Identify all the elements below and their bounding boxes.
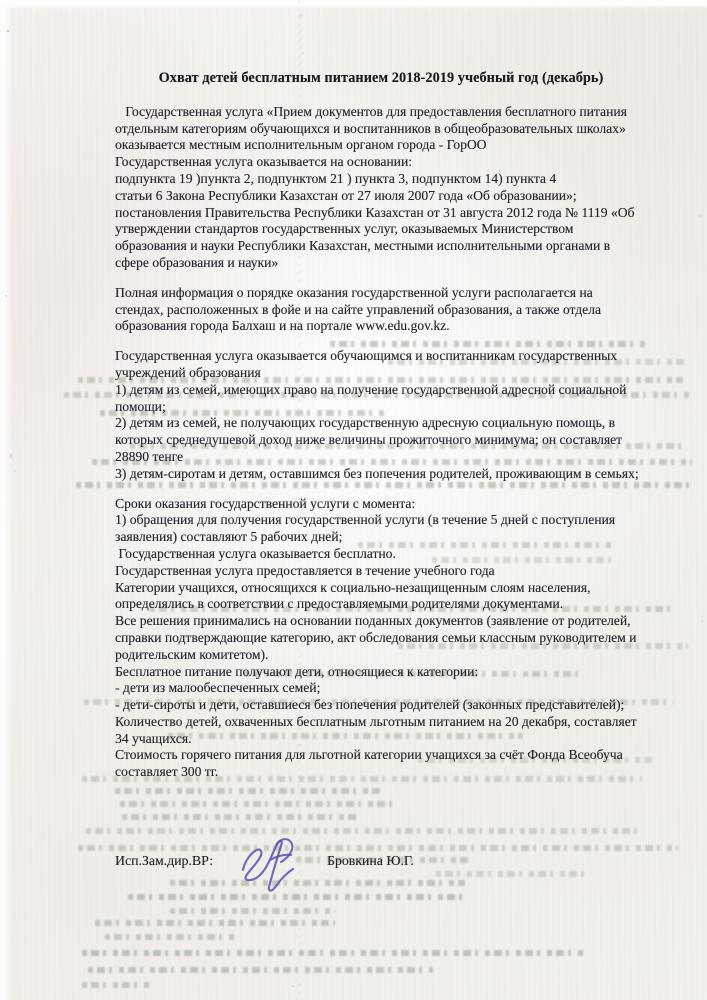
paragraph: Полная информация о порядке оказания гос… xyxy=(115,285,707,335)
bleed-through-line xyxy=(436,871,586,877)
signer-name: Бровкина Ю.Г. xyxy=(327,852,414,869)
document-title: Охват детей бесплатным питанием 2018-201… xyxy=(115,70,647,87)
signature-block: Исп.Зам.дир.ВР: Бровкина Ю.Г. xyxy=(115,852,414,869)
paragraph: постановления Правительства Республики К… xyxy=(115,205,707,272)
bleed-through-line xyxy=(95,920,335,926)
bleed-through-line xyxy=(170,908,335,914)
paragraph: Количество детей, охваченных бесплатным … xyxy=(115,714,707,748)
paragraph: Государственная услуга предоставляется в… xyxy=(115,563,707,580)
bleed-through-line xyxy=(82,950,587,956)
paragraph: Сроки оказания государственной услуги с … xyxy=(115,496,707,513)
paragraph: Государственная услуга оказывается обуча… xyxy=(115,348,707,382)
bleed-through-line xyxy=(82,982,152,988)
paragraph-gap xyxy=(115,335,707,348)
paragraph: - дети из малообеспеченных семей; xyxy=(115,680,707,697)
scan-specks xyxy=(0,0,2,2)
paragraph: 3) детям-сиротам и детям, оставшимся без… xyxy=(115,466,707,483)
paragraph: Стоимость горячего питания для льготной … xyxy=(115,747,707,781)
document-body: Государственная услуга «Прием документов… xyxy=(115,104,707,781)
scanned-page: Охват детей бесплатным питанием 2018-201… xyxy=(0,0,707,1000)
document-content: Охват детей бесплатным питанием 2018-201… xyxy=(115,70,707,781)
bleed-through-line xyxy=(115,788,380,794)
handwritten-signature-icon xyxy=(227,836,323,896)
paragraph: Государственная услуга оказывается беспл… xyxy=(115,546,707,563)
bleed-through-line xyxy=(86,828,641,834)
paragraph: статьи 6 Закона Республики Казахстан от … xyxy=(115,188,707,205)
paragraph: подпункта 19 )пункта 2, подпунктом 21 ) … xyxy=(115,171,707,188)
paragraph: Бесплатное питание получают дети, относя… xyxy=(115,664,707,681)
paragraph: - дети-сироты и дети, оставшиеся без поп… xyxy=(115,697,707,714)
bleed-through-line xyxy=(105,934,235,940)
paragraph: 2) детям из семей, не получающих государ… xyxy=(115,415,707,465)
paragraph: Государственная услуга оказывается на ос… xyxy=(115,154,707,171)
paragraph: Все решения принимались на основании под… xyxy=(115,613,707,663)
bleed-through-line xyxy=(78,845,678,851)
executor-label: Исп.Зам.дир.ВР: xyxy=(115,852,227,869)
bleed-through-line xyxy=(120,801,395,807)
paragraph: 1) обращения для получения государственн… xyxy=(115,512,707,546)
bleed-through-line xyxy=(122,814,357,820)
paragraph: 1) детям из семей, имеющих право на полу… xyxy=(115,382,707,416)
bleed-through-line xyxy=(88,967,433,973)
paragraph: Категории учащихся, относящихся к социал… xyxy=(115,580,707,614)
paragraph-gap xyxy=(115,272,707,285)
paragraph: Государственная услуга «Прием документов… xyxy=(115,104,707,154)
paragraph-gap xyxy=(115,483,707,496)
